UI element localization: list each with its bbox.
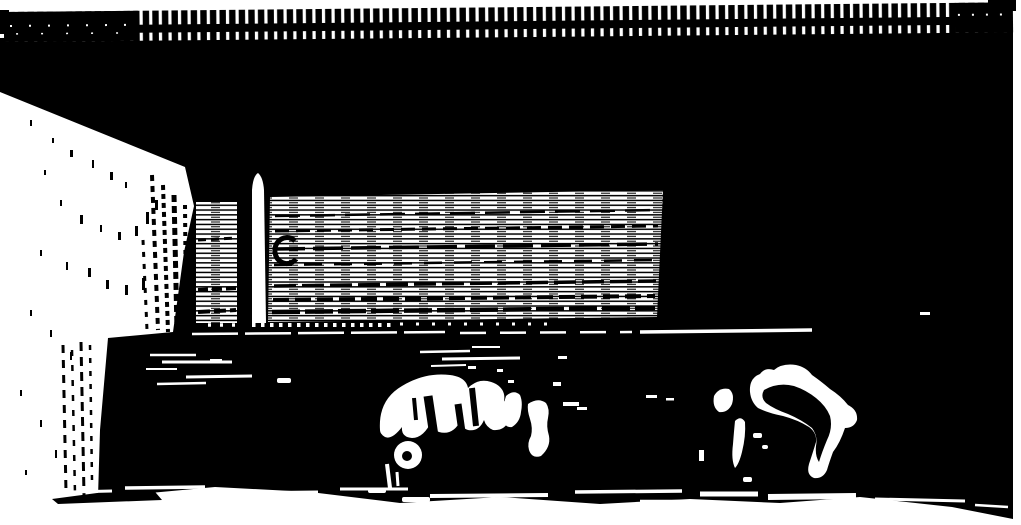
corner-mark-left bbox=[0, 10, 9, 34]
engraving-scene: Dark stable interior: a slatted frieze o… bbox=[0, 0, 1021, 525]
corner-mark-right bbox=[988, 0, 1016, 11]
engraving-figure: Dark stable interior: a slatted frieze o… bbox=[0, 0, 1021, 525]
board-strip-left bbox=[196, 202, 237, 323]
stall-post bbox=[252, 173, 266, 323]
